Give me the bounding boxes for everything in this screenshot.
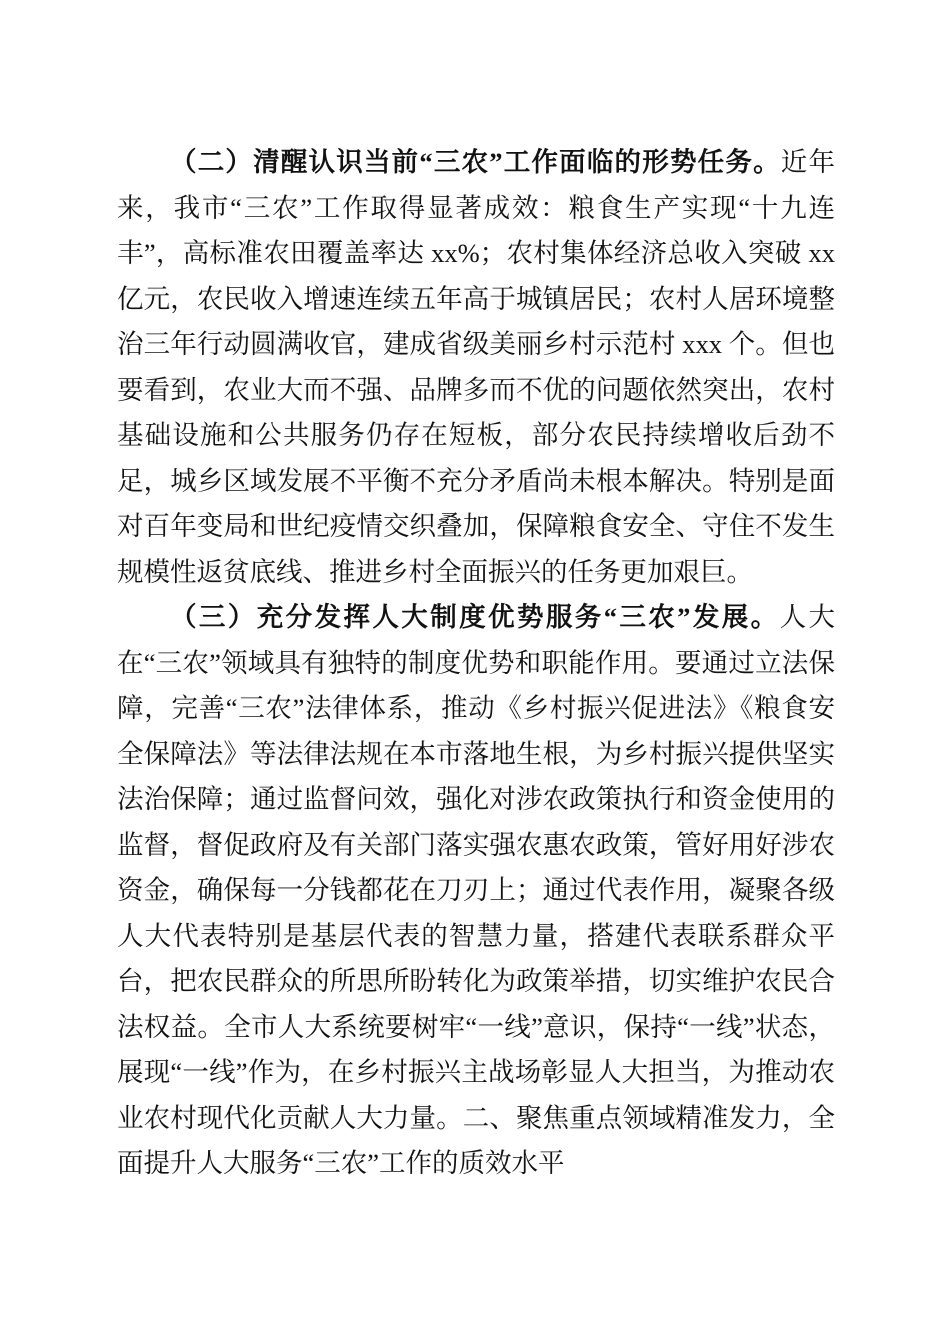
document-content: （二）清醒认识当前“三农”工作面临的形势任务。近年来，我市“三农”工作取得显著成… [117,140,835,1187]
paragraph-3-body-text: 人大在“三农”领域具有独特的制度优势和职能作用。要通过立法保障，完善“三农”法律… [117,602,835,1178]
paragraph-2: （二）清醒认识当前“三农”工作面临的形势任务。近年来，我市“三农”工作取得显著成… [117,140,835,595]
paragraph-2-lead-sentence: （二）清醒认识当前“三农”工作面临的形势任务。 [170,147,781,177]
document-page: （二）清醒认识当前“三农”工作面临的形势任务。近年来，我市“三农”工作取得显著成… [0,0,950,1344]
paragraph-3-lead-sentence: （三）充分发挥人大制度优势服务“三农”发展。 [170,602,780,632]
paragraph-3: （三）充分发挥人大制度优势服务“三农”发展。人大在“三农”领域具有独特的制度优势… [117,595,835,1187]
paragraph-2-body-text: 近年来，我市“三农”工作取得显著成效：粮食生产实现“十九连丰”，高标准农田覆盖率… [117,147,835,587]
